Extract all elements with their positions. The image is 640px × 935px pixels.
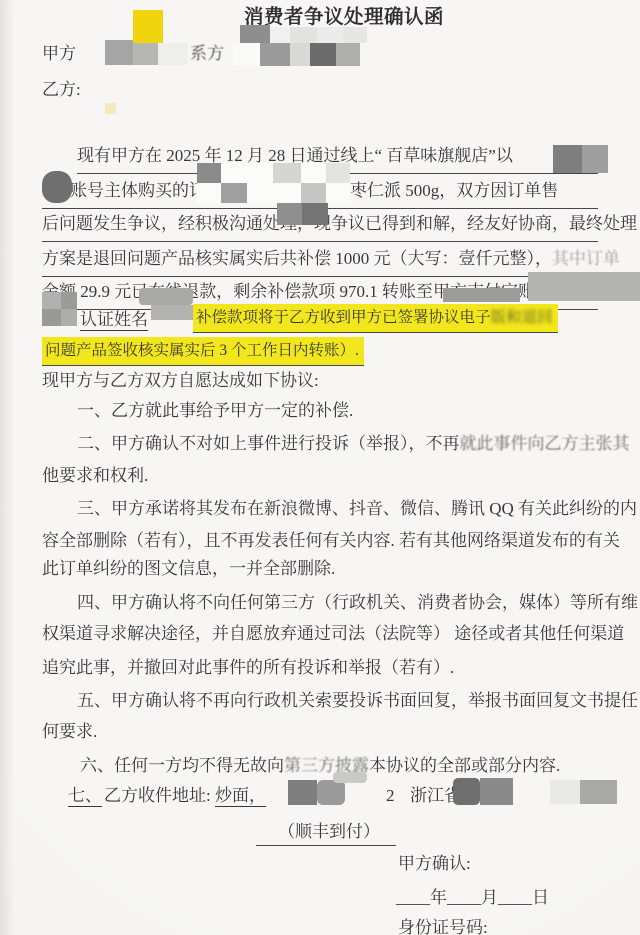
redaction-block xyxy=(302,203,328,225)
redaction-block xyxy=(317,780,345,805)
redaction-block xyxy=(528,272,640,301)
redaction-block xyxy=(301,163,326,183)
party-a-contact-fragment: 系方 xyxy=(190,42,224,66)
redaction-block xyxy=(247,163,273,183)
redaction-block xyxy=(105,40,133,65)
redaction-block xyxy=(550,780,580,804)
clause-2-line2: 他要求和权利. xyxy=(42,464,148,488)
clause-7-address-fragment: 炒面， xyxy=(215,784,266,808)
highlighted-clause-line2: 问题产品签收核实属实后 3 个工作日内转账）. xyxy=(42,337,364,366)
redaction-block xyxy=(582,145,608,173)
clause-3-line3: 此订单纠纷的图文信息，一并全部删除. xyxy=(42,557,335,581)
redaction-block xyxy=(326,183,350,203)
clause-7-number: 七、 xyxy=(68,784,102,808)
clause-1: 一、乙方就此事给予甲方一定的补偿. xyxy=(77,399,353,423)
redaction-block xyxy=(42,309,61,326)
redaction-block xyxy=(343,27,367,43)
clause-4-line1: 四、甲方确认将不向任何第三方（行政机关、消费者协会，媒体）等所有维 xyxy=(77,591,638,615)
redaction-block xyxy=(151,305,193,320)
clause-2-text: 二、甲方确认不对如上事件进行投诉（举报），不再 xyxy=(77,434,460,453)
highlight-blurred-text: 版和退回 xyxy=(491,309,553,326)
clause-4-line3: 追究此事，并撤回对此事件的所有投诉和举报（若有）. xyxy=(42,656,454,680)
paragraph1-line4-blurred-text: 其中订单 xyxy=(552,249,620,268)
redaction-block xyxy=(233,43,260,66)
clause-3-line2: 容全部删除（若有），且不再发表任何有关内容. 若有其他网络渠道发布的有关 xyxy=(42,529,620,553)
redaction-block xyxy=(453,778,480,805)
redaction-block xyxy=(139,288,193,305)
clause-2-blurred-text: 就此事件向乙方主张其 xyxy=(460,434,630,453)
clause-7-address-number: 2 xyxy=(386,784,395,808)
redaction-block xyxy=(310,43,336,66)
redaction-block xyxy=(336,43,360,66)
paragraph1-line2-text2: 枣仁派 500g，双方因订单售 xyxy=(350,181,558,200)
redaction-block xyxy=(553,145,582,173)
clause-6-text1: 六、任何一方均不得无故向 xyxy=(80,756,284,775)
highlighted-clause-line1: 补偿款项将于乙方收到甲方已签署协议电子版和退回 xyxy=(193,304,558,333)
clause-2-line1: 二、甲方确认不对如上事件进行投诉（举报），不再就此事件向乙方主张其 xyxy=(77,432,630,456)
redaction-block xyxy=(270,27,290,43)
redaction-block xyxy=(288,780,317,805)
party-a-label: 甲方 xyxy=(42,42,76,66)
redaction-block xyxy=(158,43,188,65)
clause-5-line1: 五、甲方确认将不再向行政机关索要投诉书面回复，举报书面回复文书提任 xyxy=(77,689,638,713)
certified-name-label: 认证姓名 xyxy=(80,308,148,332)
redaction-block xyxy=(273,163,301,183)
clause-7-label: 乙方收件地址: xyxy=(104,784,211,808)
paragraph1-line4: 方案是退回问题产品核实属实后共补偿 1000 元（大写：壹仟元整），其中订单 xyxy=(42,247,598,277)
date-blank-line: ____年____月____日 xyxy=(396,886,549,910)
redaction-block xyxy=(197,163,221,183)
id-number-label: 身份证号码: xyxy=(398,916,488,935)
redaction-block xyxy=(290,43,310,66)
redaction-block xyxy=(317,27,343,43)
redaction-block xyxy=(480,778,513,805)
paragraph1-line4-text: 方案是退回问题产品核实属实后共补偿 1000 元（大写：壹仟元整）， xyxy=(42,249,552,268)
shipping-note: （顺丰到付） xyxy=(256,820,396,844)
redaction-block xyxy=(260,43,290,66)
redaction-block xyxy=(247,183,273,203)
redaction-block xyxy=(221,163,247,183)
redaction-block xyxy=(61,309,77,326)
highlight-text: 补偿款项将于乙方收到甲方已签署协议电子 xyxy=(196,309,491,326)
party-b-label: 乙方: xyxy=(42,78,81,102)
document-page: 消费者争议处理确认函 甲方 系方 乙方: 现有甲方在 2025 年 12 月 2… xyxy=(0,0,640,935)
redaction-block xyxy=(240,25,270,43)
clause-5-line2: 何要求. xyxy=(42,720,97,744)
redaction-block xyxy=(290,27,317,43)
redaction-block xyxy=(133,43,158,65)
redaction-block xyxy=(273,183,301,203)
party-a-confirm-label: 甲方确认: xyxy=(398,852,471,876)
redaction-block xyxy=(61,292,77,309)
clause-3-line1: 三、甲方承诺将其发布在新浪微博、抖音、微信、腾讯 QQ 有关此纠纷的内 xyxy=(77,497,637,521)
clause-4-line2: 权渠道寻求解决途径，并自愿放弃通过司法（法院等） 途径或者其他任何渠道 xyxy=(42,622,624,646)
shipping-note-text: （顺丰到付） xyxy=(256,822,396,846)
redaction-block xyxy=(443,288,520,302)
clause-6: 六、任何一方均不得无故向第三方披露本协议的全部或部分内容. xyxy=(80,754,560,778)
redaction-block xyxy=(42,171,72,203)
redaction-block xyxy=(326,163,350,183)
redaction-block xyxy=(133,10,163,43)
redaction-block xyxy=(42,292,61,309)
redaction-block xyxy=(333,772,367,783)
redaction-block xyxy=(221,183,247,203)
redaction-block xyxy=(277,203,302,225)
clause-6-text2: 本协议的全部或部分内容. xyxy=(369,756,560,775)
agreement-intro: 现甲方与乙方双方自愿达成如下协议: xyxy=(42,369,319,393)
redaction-block xyxy=(197,183,221,203)
redaction-block xyxy=(580,780,617,804)
redaction-block xyxy=(105,103,116,114)
redaction-block xyxy=(301,183,326,203)
